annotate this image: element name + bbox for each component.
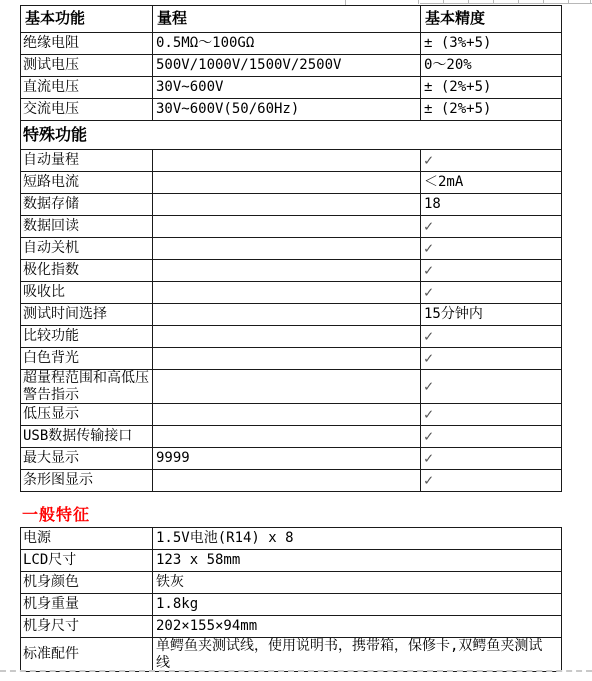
feature-value: 15分钟内 [421, 304, 562, 326]
general-row: 机身尺寸202×155×94mm [21, 616, 562, 638]
basic-spec-row: 交流电压30V~600V(50/60Hz)± (2%+5) [21, 99, 562, 121]
check-mark-icon: ✓ [424, 471, 433, 489]
feature-row: 超量程范围和高低压警告指示✓ [21, 370, 562, 404]
feature-row: 最大显示9999✓ [21, 448, 562, 470]
check-mark-icon: ✓ [424, 405, 433, 423]
accuracy-value: ± (2%+5) [421, 99, 562, 121]
feature-value: ✓ [421, 370, 562, 404]
check-mark-icon: ✓ [424, 151, 433, 169]
feature-label: 自动量程 [21, 150, 153, 172]
feature-label: 数据存储 [21, 194, 153, 216]
accuracy-value: ± (2%+5) [421, 77, 562, 99]
feature-label: 低压显示 [21, 404, 153, 426]
feature-value: 18 [421, 194, 562, 216]
spec-header-row: 基本功能量程基本精度 [21, 6, 562, 33]
general-row: LCD尺寸123 x 58mm [21, 550, 562, 572]
feature-row: 自动量程✓ [21, 150, 562, 172]
feature-range [153, 404, 421, 426]
range-value: 0.5MΩ～100GΩ [153, 33, 421, 55]
remnant-tick [518, 0, 519, 4]
feature-label: 白色背光 [21, 348, 153, 370]
feature-range [153, 282, 421, 304]
basic-spec-table: 基本功能量程基本精度绝缘电阻0.5MΩ～100GΩ± (3%+5)测试电压500… [20, 5, 562, 492]
bottom-dashed-divider [0, 670, 592, 672]
basic-function-label: 测试电压 [21, 55, 153, 77]
feature-label: 短路电流 [21, 172, 153, 194]
general-section-title: 一般特征 [22, 502, 90, 525]
special-functions-section-row: 特殊功能 [21, 121, 562, 150]
feature-range [153, 470, 421, 492]
check-mark-icon: ✓ [424, 283, 433, 301]
general-characteristics-table: 电源1.5V电池(R14) x 8LCD尺寸123 x 58mm机身颜色铁灰机身… [20, 527, 562, 672]
remnant-tick [543, 0, 544, 4]
spec-header-cell-1: 量程 [153, 6, 421, 33]
feature-range [153, 426, 421, 448]
general-row: 机身重量1.8kg [21, 594, 562, 616]
feature-value: ✓ [421, 216, 562, 238]
feature-label: 吸收比 [21, 282, 153, 304]
feature-range [153, 150, 421, 172]
feature-range [153, 194, 421, 216]
check-mark-icon: ✓ [424, 349, 433, 367]
feature-value: ✓ [421, 260, 562, 282]
feature-label: 条形图显示 [21, 470, 153, 492]
basic-function-label: 直流电压 [21, 77, 153, 99]
general-label: LCD尺寸 [21, 550, 153, 572]
feature-label: 自动关机 [21, 238, 153, 260]
general-label: 机身重量 [21, 594, 153, 616]
remnant-horizontal-line [420, 3, 592, 4]
check-mark-icon: ✓ [424, 327, 433, 345]
general-label: 机身尺寸 [21, 616, 153, 638]
feature-range [153, 370, 421, 404]
general-value: 1.8kg [153, 594, 562, 616]
spec-header-cell-2: 基本精度 [421, 6, 562, 33]
check-mark-icon: ✓ [424, 239, 433, 257]
general-row: 标准配件单鳄鱼夹测试线，使用说明书，携带箱，保修卡,双鳄鱼夹测试线 [21, 638, 562, 672]
general-value: 铁灰 [153, 572, 562, 594]
special-functions-title: 特殊功能 [21, 121, 562, 150]
feature-value: ✓ [421, 348, 562, 370]
basic-spec-row: 直流电压30V~600V± (2%+5) [21, 77, 562, 99]
general-label: 电源 [21, 528, 153, 550]
range-value: 500V/1000V/1500V/2500V [153, 55, 421, 77]
feature-value: ✓ [421, 150, 562, 172]
general-label: 机身颜色 [21, 572, 153, 594]
feature-row: 短路电流＜2mA [21, 172, 562, 194]
check-mark-icon: ✓ [424, 449, 433, 467]
feature-range [153, 326, 421, 348]
feature-range [153, 172, 421, 194]
feature-range [153, 216, 421, 238]
feature-row: 低压显示✓ [21, 404, 562, 426]
feature-value: ＜2mA [421, 172, 562, 194]
feature-range [153, 348, 421, 370]
remnant-tick [418, 0, 419, 4]
general-value: 1.5V电池(R14) x 8 [153, 528, 562, 550]
feature-label: 数据回读 [21, 216, 153, 238]
general-value: 202×155×94mm [153, 616, 562, 638]
general-value: 单鳄鱼夹测试线，使用说明书，携带箱，保修卡,双鳄鱼夹测试线 [153, 638, 562, 672]
feature-row: 吸收比✓ [21, 282, 562, 304]
feature-value: ✓ [421, 238, 562, 260]
feature-row: 数据存储18 [21, 194, 562, 216]
feature-range [153, 238, 421, 260]
feature-label: 最大显示 [21, 448, 153, 470]
general-value: 123 x 58mm [153, 550, 562, 572]
spec-sheet-page: 基本功能量程基本精度绝缘电阻0.5MΩ～100GΩ± (3%+5)测试电压500… [0, 0, 592, 681]
basic-spec-row: 绝缘电阻0.5MΩ～100GΩ± (3%+5) [21, 33, 562, 55]
remnant-tick [590, 0, 591, 4]
range-value: 30V~600V [153, 77, 421, 99]
accuracy-value: ± (3%+5) [421, 33, 562, 55]
feature-value: ✓ [421, 404, 562, 426]
remnant-tick [568, 0, 569, 4]
remnant-tick [493, 0, 494, 4]
feature-value: ✓ [421, 282, 562, 304]
feature-range: 9999 [153, 448, 421, 470]
feature-label: 超量程范围和高低压警告指示 [21, 370, 153, 404]
check-mark-icon: ✓ [424, 217, 433, 235]
feature-row: 极化指数✓ [21, 260, 562, 282]
feature-row: 条形图显示✓ [21, 470, 562, 492]
general-row: 机身颜色铁灰 [21, 572, 562, 594]
check-mark-icon: ✓ [424, 261, 433, 279]
feature-row: 白色背光✓ [21, 348, 562, 370]
basic-function-label: 交流电压 [21, 99, 153, 121]
basic-spec-row: 测试电压500V/1000V/1500V/2500V0～20% [21, 55, 562, 77]
feature-range [153, 260, 421, 282]
feature-label: USB数据传输接口 [21, 426, 153, 448]
feature-label: 极化指数 [21, 260, 153, 282]
range-value: 30V~600V(50/60Hz) [153, 99, 421, 121]
feature-value: ✓ [421, 470, 562, 492]
accuracy-value: 0～20% [421, 55, 562, 77]
feature-label: 测试时间选择 [21, 304, 153, 326]
remnant-tick [443, 0, 444, 4]
feature-row: 比较功能✓ [21, 326, 562, 348]
feature-row: 自动关机✓ [21, 238, 562, 260]
check-mark-icon: ✓ [424, 427, 433, 445]
feature-value: ✓ [421, 448, 562, 470]
spec-header-cell-0: 基本功能 [21, 6, 153, 33]
basic-function-label: 绝缘电阻 [21, 33, 153, 55]
feature-range [153, 304, 421, 326]
remnant-tick [468, 0, 469, 4]
check-mark-icon: ✓ [424, 377, 433, 395]
feature-label: 比较功能 [21, 326, 153, 348]
feature-row: USB数据传输接口✓ [21, 426, 562, 448]
feature-row: 测试时间选择15分钟内 [21, 304, 562, 326]
feature-value: ✓ [421, 326, 562, 348]
feature-row: 数据回读✓ [21, 216, 562, 238]
general-label: 标准配件 [21, 638, 153, 672]
general-row: 电源1.5V电池(R14) x 8 [21, 528, 562, 550]
feature-value: ✓ [421, 426, 562, 448]
